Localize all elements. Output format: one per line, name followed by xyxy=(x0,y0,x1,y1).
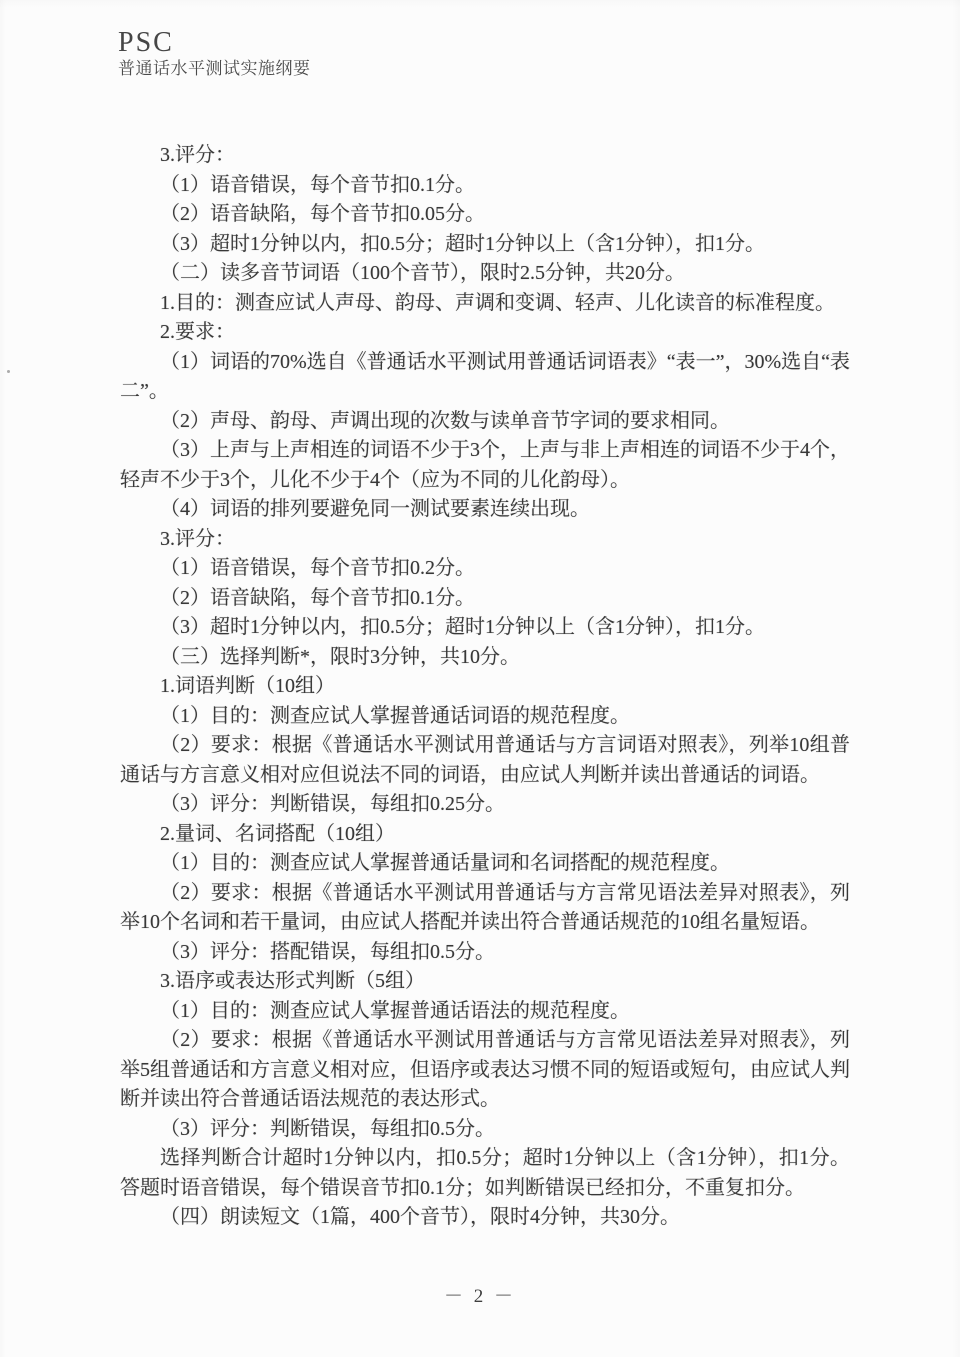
paragraph: （4）词语的排列要避免同一测试要素连续出现。 xyxy=(120,495,850,525)
paragraph: （3）超时1分钟以内，扣0.5分；超时1分钟以上（含1分钟），扣1分。 xyxy=(120,230,850,260)
paragraph: （三）选择判断*，限时3分钟，共10分。 xyxy=(120,643,850,673)
paragraph: 选择判断合计超时1分钟以内，扣0.5分；超时1分钟以上（含1分钟），扣1分。答题… xyxy=(120,1144,850,1203)
paragraph: （2）声母、韵母、声调出现的次数与读单音节字词的要求相同。 xyxy=(120,407,850,437)
paragraph: （3）评分：搭配错误，每组扣0.5分。 xyxy=(120,938,850,968)
paragraph: （3）超时1分钟以内，扣0.5分；超时1分钟以上（含1分钟），扣1分。 xyxy=(120,613,850,643)
document-page: PSC 普通话水平测试实施纲要 3.评分：（1）语音错误，每个音节扣0.1分。（… xyxy=(0,0,960,1357)
paragraph: 2.量词、名词搭配（10组） xyxy=(120,820,850,850)
document-body: 3.评分：（1）语音错误，每个音节扣0.1分。（2）语音缺陷，每个音节扣0.05… xyxy=(120,141,850,1233)
paragraph: （3）评分：判断错误，每组扣0.5分。 xyxy=(120,1115,850,1145)
paragraph: （四）朗读短文（1篇，400个音节），限时4分钟，共30分。 xyxy=(120,1203,850,1233)
paragraph: （2）要求：根据《普通话水平测试用普通话与方言常见语法差异对照表》，列举10个名… xyxy=(120,879,850,938)
paragraph: （1）语音错误，每个音节扣0.1分。 xyxy=(120,171,850,201)
psc-logo: PSC xyxy=(118,28,311,58)
paragraph: （1）目的：测查应试人掌握普通话量词和名词搭配的规范程度。 xyxy=(120,849,850,879)
paragraph: 1.词语判断（10组） xyxy=(120,672,850,702)
paragraph: （1）语音错误，每个音节扣0.2分。 xyxy=(120,554,850,584)
paragraph: （2）语音缺陷，每个音节扣0.1分。 xyxy=(120,584,850,614)
paragraph: （2）要求：根据《普通话水平测试用普通话与方言常见语法差异对照表》，列举5组普通… xyxy=(120,1026,850,1115)
paragraph: （1）目的：测查应试人掌握普通话词语的规范程度。 xyxy=(120,702,850,732)
paragraph: 3.语序或表达形式判断（5组） xyxy=(120,967,850,997)
document-header: PSC 普通话水平测试实施纲要 xyxy=(118,28,311,80)
paragraph: 1.目的：测查应试人声母、韵母、声调和变调、轻声、儿化读音的标准程度。 xyxy=(120,289,850,319)
paragraph: （3）上声与上声相连的词语不少于3个，上声与非上声相连的词语不少于4个，轻声不少… xyxy=(120,436,850,495)
scan-artifact xyxy=(7,370,10,373)
paragraph: （1）词语的70%选自《普通话水平测试用普通话词语表》“表一”，30%选自“表二… xyxy=(120,348,850,407)
paragraph: 2.要求： xyxy=(120,318,850,348)
paragraph: （2）语音缺陷，每个音节扣0.05分。 xyxy=(120,200,850,230)
paragraph: （2）要求：根据《普通话水平测试用普通话与方言词语对照表》，列举10组普通话与方… xyxy=(120,731,850,790)
page-number: － 2 － xyxy=(0,1281,960,1308)
document-title: 普通话水平测试实施纲要 xyxy=(118,58,311,80)
paragraph: （二）读多音节词语（100个音节），限时2.5分钟，共20分。 xyxy=(120,259,850,289)
paragraph: 3.评分： xyxy=(120,141,850,171)
paragraph: （3）评分：判断错误，每组扣0.25分。 xyxy=(120,790,850,820)
paragraph: 3.评分： xyxy=(120,525,850,555)
paragraph: （1）目的：测查应试人掌握普通话语法的规范程度。 xyxy=(120,997,850,1027)
